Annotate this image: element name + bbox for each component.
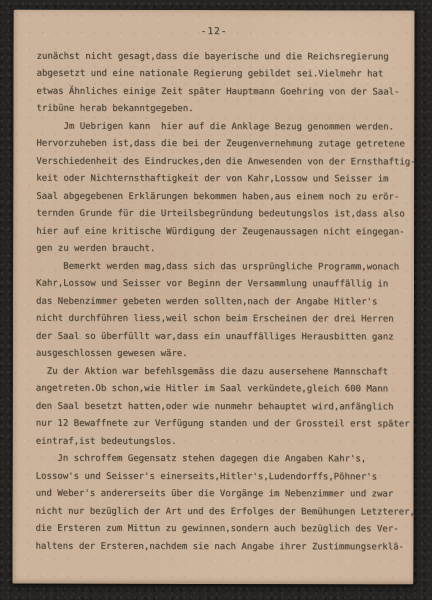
text-line: Jn schroffem Gegensatz stehen dagegen di…	[36, 451, 412, 469]
text-line: Zu der Aktion war befehlsgemäss die dazu…	[36, 363, 412, 381]
text-line: Kahr,Lossow und Seisser vor Beginn der V…	[36, 276, 412, 294]
text-line: Bemerkt werden mag,dass sich das ursprün…	[36, 258, 412, 276]
text-line: zunächst nicht gesagt,dass die bayerisch…	[36, 48, 412, 66]
text-line: Verschiedenheit des Eindruckes,den die A…	[36, 153, 412, 171]
text-line: gen zu werden braucht.	[36, 241, 412, 259]
text-line: etwas Ähnliches einige Zeit später Haupt…	[36, 83, 412, 101]
text-line: hier auf eine kritische Würdigung der Ze…	[36, 223, 412, 241]
text-line: und Weber's andererseits über die Vorgän…	[36, 486, 412, 504]
text-line: abgesetzt und eine nationale Regierung g…	[36, 66, 412, 84]
text-line: ausgeschlossen gewesen wäre.	[36, 346, 412, 364]
text-line: ternden Grunde für die Urteilsbegründung…	[36, 206, 412, 224]
document-text: zunächst nicht gesagt,dass die bayerisch…	[12, 48, 414, 556]
text-line: haltens der Ersteren,nachdem sie nach An…	[35, 538, 411, 556]
text-line: angetreten.Ob schon,wie Hitler im Saal v…	[36, 381, 412, 399]
text-line: nur 12 Bewaffnete zur Verfügung standen …	[36, 416, 412, 434]
text-line: Saal abgegebenen Erklärungen bekommen ha…	[36, 188, 412, 206]
text-line: die Ersteren zum Mittun zu gewinnen,sond…	[35, 521, 411, 539]
text-line: nicht nur bezüglich der Art und des Erfo…	[36, 503, 412, 521]
text-line: nicht durchführen liess,weil schon beim …	[36, 311, 412, 329]
text-line: keit oder Nichternsthaftigkeit der von K…	[36, 171, 412, 189]
text-line: der Saal so überfüllt war,dass ein unauf…	[36, 328, 412, 346]
text-line: Jm Uebrigen kann hier auf die Anklage Be…	[36, 118, 412, 136]
page-number: -12-	[14, 23, 415, 41]
text-line: Lossow's und Seisser's einerseits,Hitler…	[36, 468, 412, 486]
text-line: den Saal besetzt hatten,oder wie nunmehr…	[36, 398, 412, 416]
text-line: Hervorzuheben ist,dass die bei der Zeuge…	[36, 136, 412, 154]
text-line: tribüne herab bekanntgegeben.	[36, 101, 412, 119]
text-line: eintraf,ist bedeutungslos.	[36, 433, 412, 451]
text-line: das Nebenzimmer gebeten werden sollten,n…	[36, 293, 412, 311]
document-page: -12- zunächst nicht gesagt,dass die baye…	[12, 10, 414, 585]
scan-background: -12- zunächst nicht gesagt,dass die baye…	[0, 0, 432, 600]
